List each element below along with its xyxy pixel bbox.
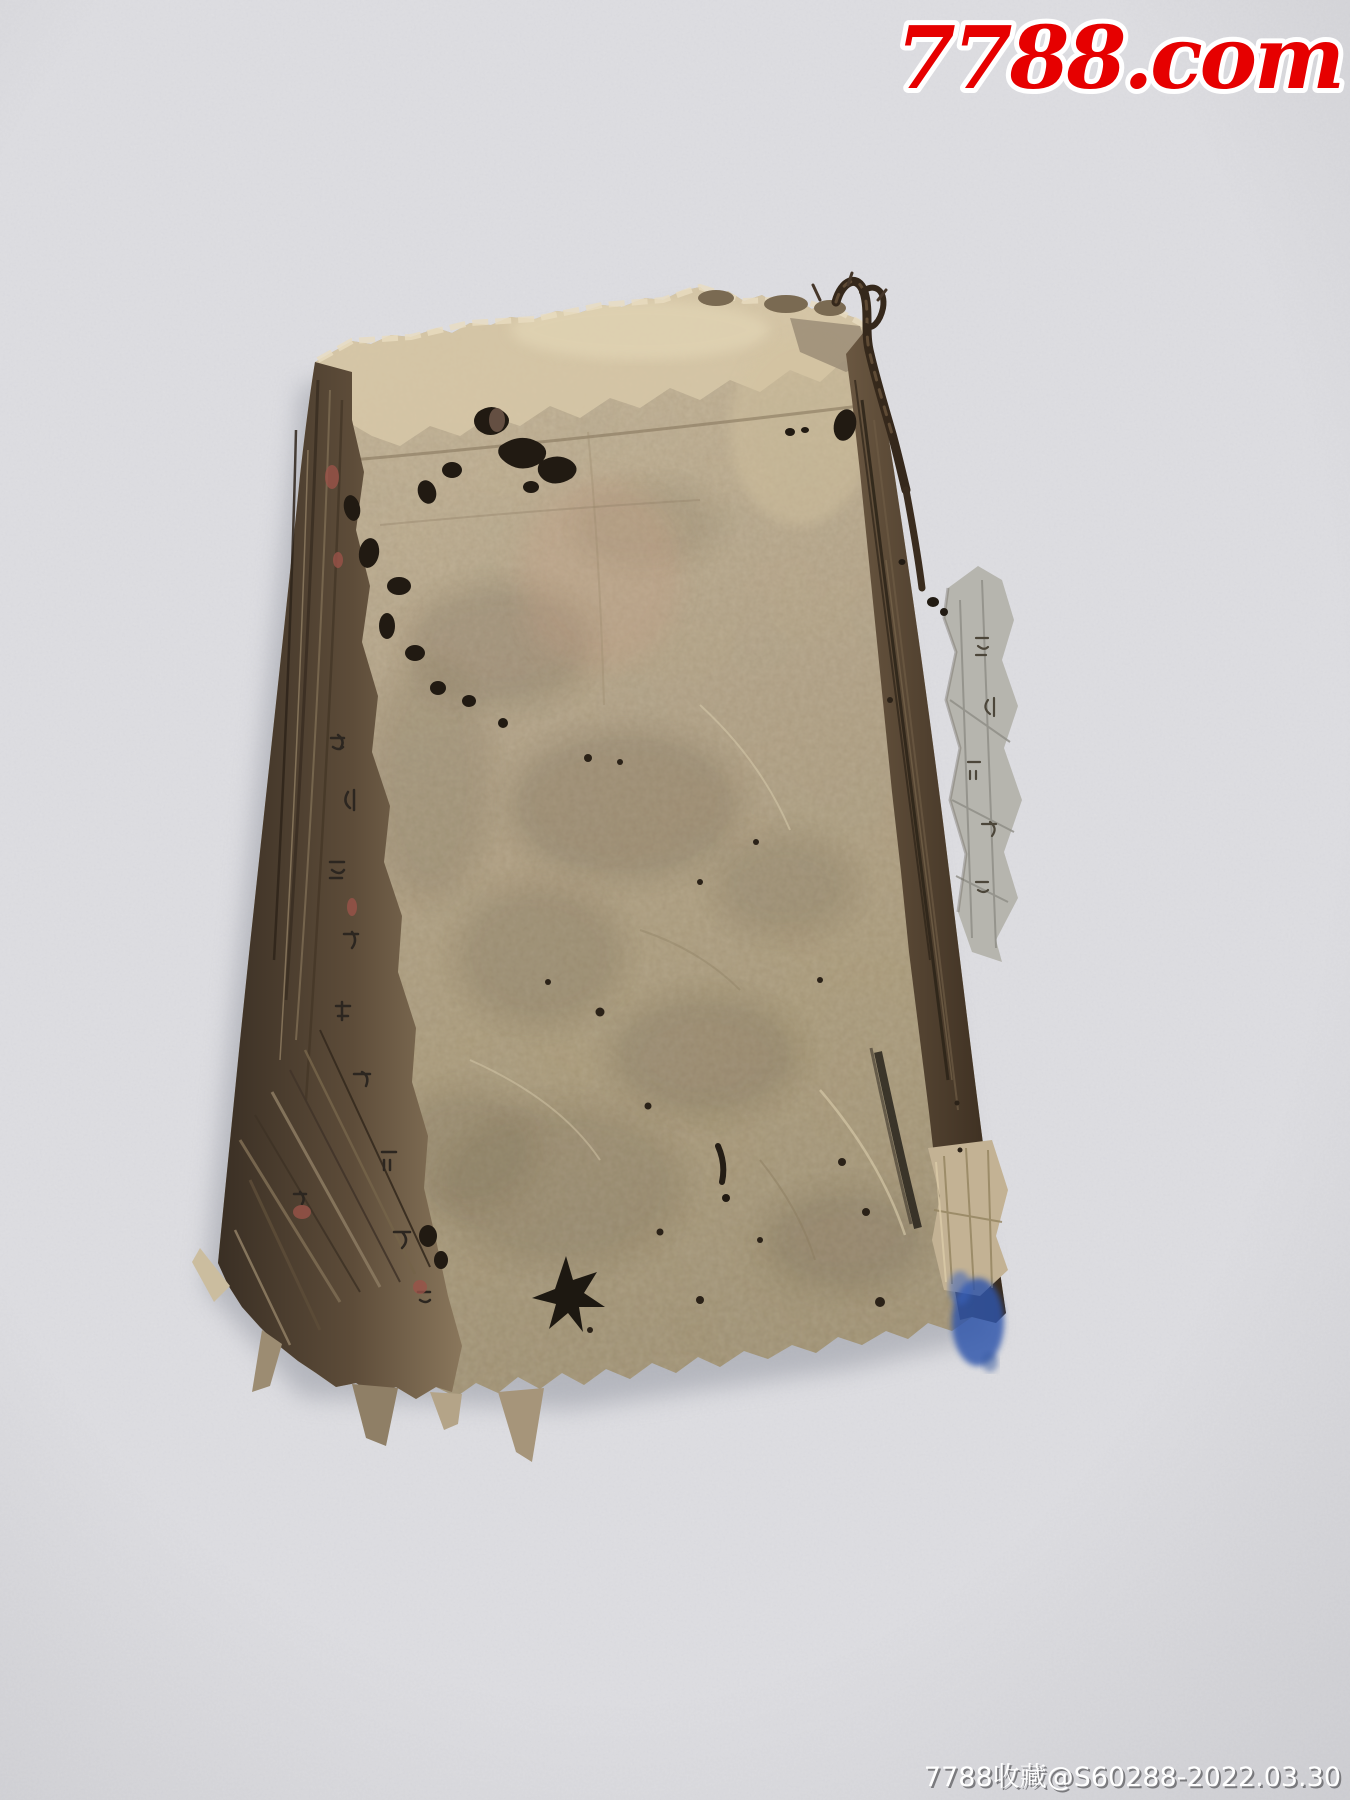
watermark-credit: 7788收藏@S60288-2022.03.30 7788收藏@S60288-2… [924, 1762, 1343, 1795]
photo-viewport: 7788.com 7788收藏@S60288-2022.03.30 7788收藏… [0, 0, 1350, 1800]
watermark-credit-text: 7788收藏@S60288-2022.03.30 [924, 1762, 1341, 1793]
watermark-logo: 7788.com [896, 8, 1342, 109]
photo: 7788.com 7788收藏@S60288-2022.03.30 7788收藏… [0, 0, 1350, 1800]
cover-pink-stain [520, 480, 680, 670]
watermark-logo-text: 7788.com [896, 8, 1342, 109]
crumpled-tan-scrap [928, 1140, 1008, 1296]
